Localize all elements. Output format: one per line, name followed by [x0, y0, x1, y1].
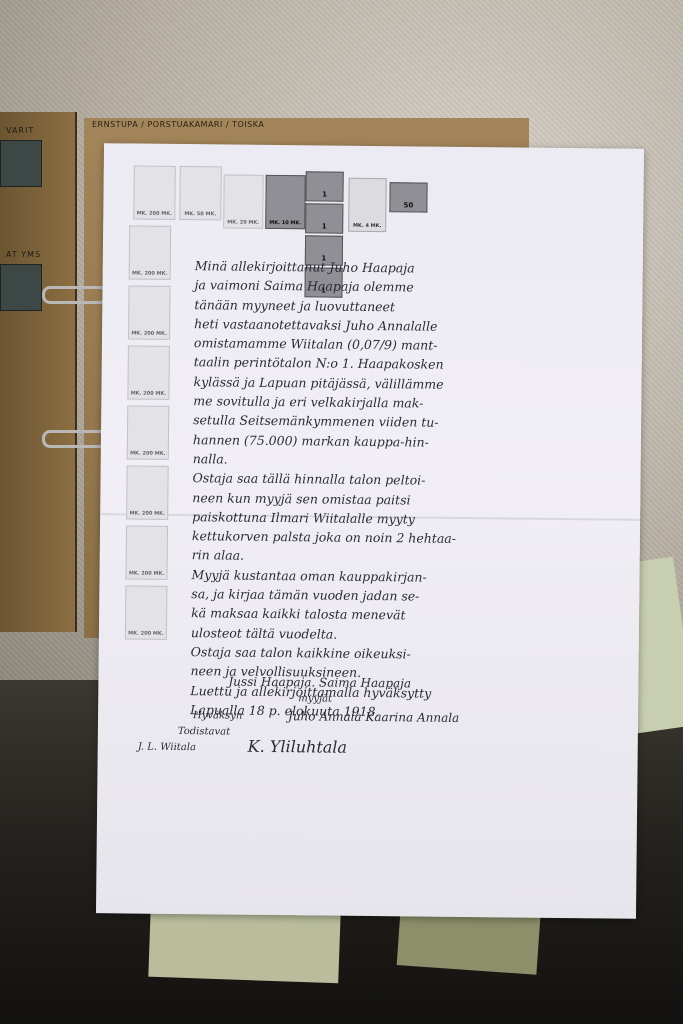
revenue-stamp: MK. 200 MK.	[128, 285, 171, 339]
revenue-stamp: MK. 200 MK.	[125, 585, 168, 639]
revenue-stamp: MK. 10 MK.	[265, 175, 306, 229]
seller-signatures: Jussi Haapaja. Saima Haapaja	[228, 675, 411, 691]
binder-label-2: AT YMS	[6, 250, 41, 259]
revenue-stamp: MK. 50 MK.	[179, 166, 222, 220]
revenue-stamp: MK. 200 MK.	[129, 225, 172, 279]
sellers-label: myyjät	[298, 693, 332, 704]
handwritten-text: Minä allekirjoittanut Juho Haapajaja vai…	[190, 256, 615, 723]
revenue-stamp: MK. 200 MK.	[125, 525, 168, 579]
revenue-stamp: 1	[305, 203, 343, 233]
witnesses-label: Todistavat	[178, 726, 230, 738]
deed-document: MK. 200 MK.MK. 50 MK.MK. 20 MK.MK. 10 MK…	[96, 143, 644, 919]
revenue-stamp: 50	[389, 182, 427, 212]
revenue-stamp: MK. 200 MK.	[133, 166, 176, 220]
revenue-stamp: MK. 4 MK.	[348, 178, 387, 232]
revenue-stamp: MK. 200 MK.	[126, 465, 169, 519]
revenue-stamp: MK. 200 MK.	[127, 405, 170, 459]
binder-label-1: VARIT	[6, 126, 34, 135]
folder-tab-label: ERNSTUPA / PORSTUAKAMARI / TOISKA	[92, 120, 264, 129]
revenue-stamp: MK. 20 MK.	[223, 174, 264, 228]
binder-window	[0, 140, 42, 187]
binder: VARIT AT YMS	[0, 112, 77, 632]
binder-ring	[42, 430, 108, 448]
binder-ring	[42, 286, 108, 304]
witness-1-signature: J. L. Wiitala	[138, 742, 196, 754]
buyers-label: Hyväksyn	[193, 710, 242, 722]
witness-2-signature: K. Yliluhtala	[248, 737, 347, 757]
revenue-stamp: MK. 200 MK.	[127, 345, 170, 399]
buyer-signatures: Juho Annala Kaarina Annala	[288, 709, 459, 725]
revenue-stamp: 1	[305, 171, 343, 201]
binder-window	[0, 264, 42, 311]
